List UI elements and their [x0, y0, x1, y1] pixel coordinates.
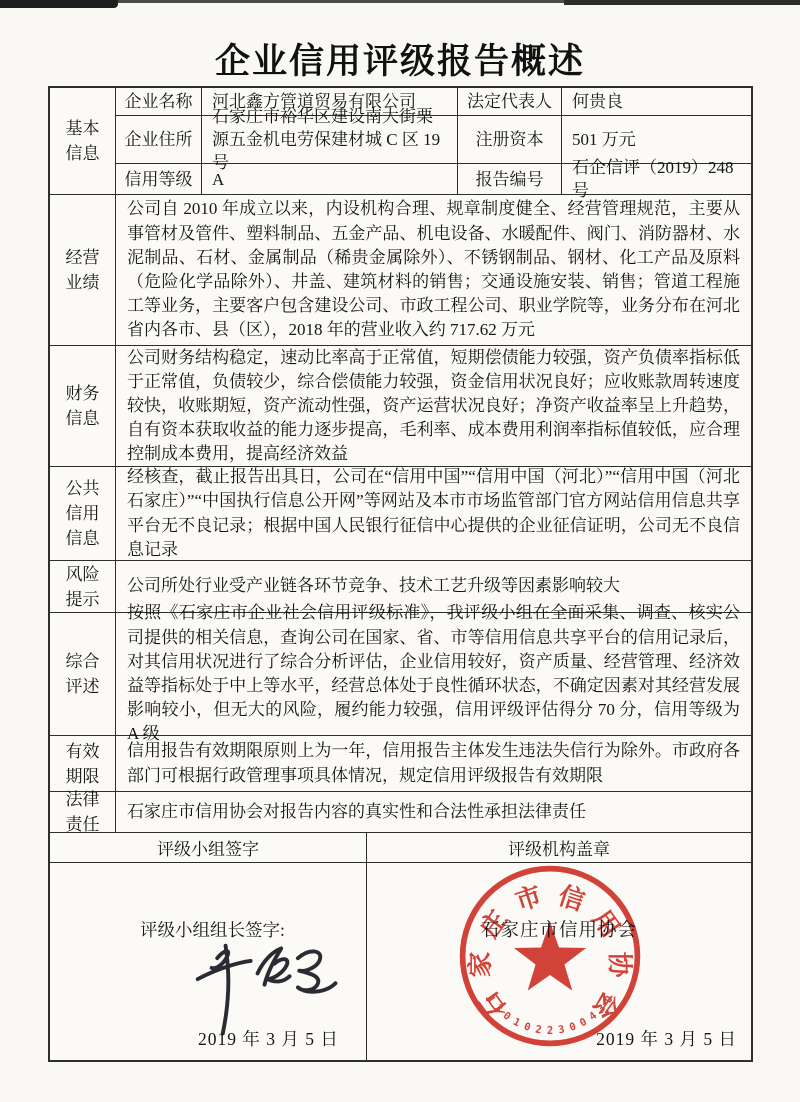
field-label-registered-capital: 注册资本 [458, 116, 562, 163]
svg-text:2: 2 [547, 1025, 553, 1037]
svg-text:0: 0 [568, 1020, 578, 1033]
svg-text:协: 协 [605, 952, 634, 979]
section-row-public-credit-info: 公共 信用 信息 经核查，截止报告出具日，公司在“信用中国”“信用中国（河北）”… [50, 467, 751, 561]
paragraph: 经核查，截止报告出具日，公司在“信用中国”“信用中国（河北）”“信用中国（河北石… [127, 465, 740, 562]
field-value-legal-rep: 何贵良 [562, 88, 751, 115]
svg-text:信: 信 [555, 880, 589, 917]
field-label-company-name: 企业名称 [116, 88, 202, 115]
footer-body-row: 评级小组组长签字: 2019 年 3 月 5 日 石家庄市信用协会 石家庄市信用… [50, 863, 751, 1060]
section-label-public-credit-info: 公共 信用 信息 [50, 467, 116, 560]
section-content-validity-period: 信用报告有效期限原则上为一年，信用报告主体发生违法失信行为除外。市政府各部门可根… [116, 736, 751, 791]
field-value-credit-grade: A [202, 164, 458, 194]
field-label-report-number: 报告编号 [458, 164, 562, 194]
report-table: 基本 信息 企业名称 河北鑫方管道贸易有限公司 法定代表人 何贵良 企业住所 石… [48, 86, 753, 1062]
paragraph: 公司自 2010 年成立以来，内设机构合理、规章制度健全、经营管理规范，主要从事… [127, 197, 740, 342]
section-content-business-performance: 公司自 2010 年成立以来，内设机构合理、规章制度健全、经营管理规范，主要从事… [116, 195, 751, 345]
svg-text:0: 0 [522, 1020, 532, 1033]
signature-date: 2019 年 3 月 5 日 [198, 1026, 339, 1051]
section-row-business-performance: 经营 业绩 公司自 2010 年成立以来，内设机构合理、规章制度健全、经营管理规… [50, 195, 751, 346]
svg-text:家: 家 [466, 951, 495, 977]
basic-info-rows: 企业名称 河北鑫方管道贸易有限公司 法定代表人 何贵良 企业住所 石家庄市裕华区… [116, 88, 751, 194]
paragraph: 按照《石家庄市企业社会信用评级标准》，我评级小组在全面采集、调查、核实公司提供的… [127, 601, 740, 746]
seal-cell: 石家庄市信用协会 石家庄市信用协会 1301022300430 2019 年 3… [367, 863, 751, 1060]
field-label-address: 企业住所 [116, 116, 202, 163]
basic-row-credit-grade: 信用等级 A 报告编号 石企信评（2019）248 号 [116, 164, 751, 194]
section-content-legal-liability: 石家庄市信用协会对报告内容的真实性和合法性承担法律责任 [116, 792, 751, 832]
section-label-comprehensive-review: 综合 评述 [50, 613, 116, 735]
scan-artifact-top-left [0, 0, 118, 8]
paragraph: 信用报告有效期限原则上为一年，信用报告主体发生违法失信行为除外。市政府各部门可根… [127, 739, 740, 787]
paragraph: 石家庄市信用协会对报告内容的真实性和合法性承担法律责任 [127, 800, 740, 824]
svg-text:1: 1 [511, 1016, 522, 1030]
svg-text:庄: 庄 [475, 905, 514, 943]
agency-seal: 石家庄市信用协会 1301022300430 [455, 861, 645, 1051]
section-content-public-credit-info: 经核查，截止报告出具日，公司在“信用中国”“信用中国（河北）”“信用中国（河北石… [116, 467, 751, 560]
seal-date: 2019 年 3 月 5 日 [596, 1026, 737, 1051]
paragraph: 公司所处行业受产业链各环节竞争、技术工艺升级等因素影响较大 [127, 574, 740, 598]
section-label-business-performance: 经营 业绩 [50, 195, 116, 345]
signature-cell: 评级小组组长签字: 2019 年 3 月 5 日 [50, 863, 367, 1060]
section-label-risk-notice: 风险 提示 [50, 561, 116, 612]
paragraph: 公司财务结构稳定，速动比率高于正常值，短期偿债能力较强，资产负债率指标低于正常值… [127, 346, 740, 467]
signature-handwriting [188, 937, 348, 1035]
field-label-legal-rep: 法定代表人 [458, 88, 562, 115]
field-value-address: 石家庄市裕华区建设南大街栗源五金机电劳保建材城 C 区 19 号 [202, 116, 458, 163]
scan-artifact-top-right [564, 0, 800, 5]
section-content-comprehensive-review: 按照《石家庄市企业社会信用评级标准》，我评级小组在全面采集、调查、核实公司提供的… [116, 613, 751, 735]
svg-text:3: 3 [557, 1024, 565, 1037]
field-label-credit-grade: 信用等级 [116, 164, 202, 194]
page-title: 企业信用评级报告概述 [0, 34, 800, 84]
section-row-financial-info: 财务 信息 公司财务结构稳定，速动比率高于正常值，短期偿债能力较强，资产负债率指… [50, 346, 751, 467]
footer-header-row: 评级小组签字 评级机构盖章 [50, 833, 751, 863]
field-value-report-number: 石企信评（2019）248 号 [562, 164, 751, 194]
basic-info-block: 基本 信息 企业名称 河北鑫方管道贸易有限公司 法定代表人 何贵良 企业住所 石… [50, 88, 751, 195]
section-row-legal-liability: 法律 责任 石家庄市信用协会对报告内容的真实性和合法性承担法律责任 [50, 792, 751, 833]
section-label-basic-info: 基本 信息 [50, 88, 116, 194]
svg-text:市: 市 [512, 881, 546, 917]
seal-star-icon [514, 922, 586, 991]
svg-text:用: 用 [587, 905, 626, 943]
signature-column-header: 评级小组签字 [50, 833, 367, 862]
section-label-validity-period: 有效 期限 [50, 736, 116, 791]
svg-text:0: 0 [578, 1016, 589, 1030]
report-page: 企业信用评级报告概述 基本 信息 企业名称 河北鑫方管道贸易有限公司 法定代表人… [0, 0, 800, 1102]
section-row-comprehensive-review: 综合 评述 按照《石家庄市企业社会信用评级标准》，我评级小组在全面采集、调查、核… [50, 613, 751, 736]
section-label-legal-liability: 法律 责任 [50, 792, 116, 832]
section-row-validity-period: 有效 期限 信用报告有效期限原则上为一年，信用报告主体发生违法失信行为除外。市政… [50, 736, 751, 792]
section-label-financial-info: 财务 信息 [50, 346, 116, 466]
seal-column-header: 评级机构盖章 [367, 833, 751, 862]
svg-text:2: 2 [534, 1024, 542, 1037]
section-content-financial-info: 公司财务结构稳定，速动比率高于正常值，短期偿债能力较强，资产负债率指标低于正常值… [116, 346, 751, 466]
